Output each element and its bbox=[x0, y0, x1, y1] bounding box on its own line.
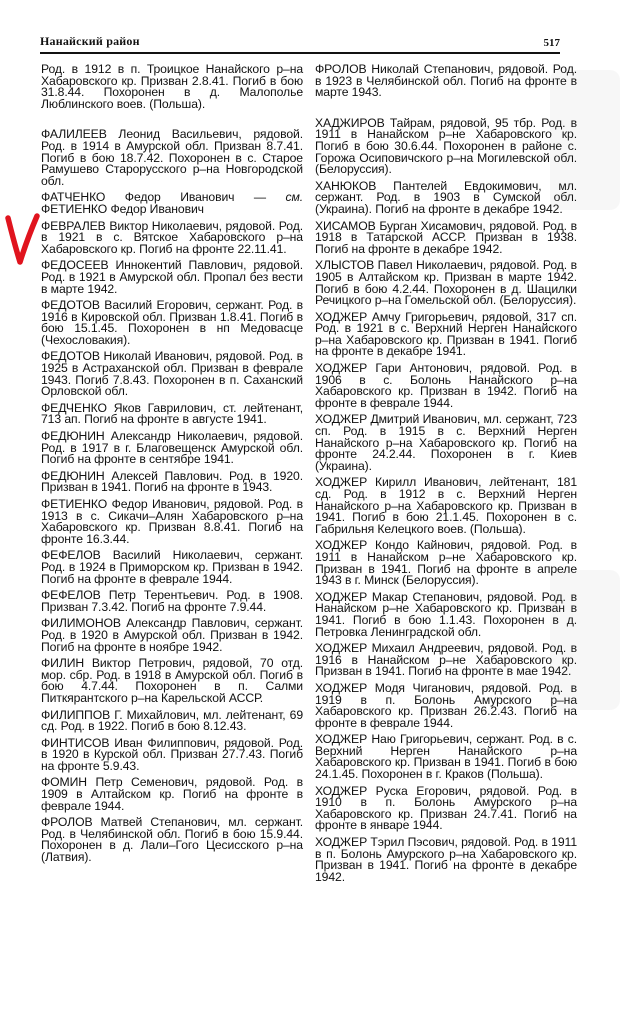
entry: ХОДЖЕР Наю Григорьевич, сержант. Род. в … bbox=[315, 734, 577, 780]
entry: ХОДЖЕР Модя Чиганович, рядовой. Род. в 1… bbox=[315, 683, 577, 729]
entry: ФАТЧЕНКО Федор Иванович — см. ФЕТИЕНКО Ф… bbox=[41, 192, 303, 215]
entry: ФЕФЕЛОВ Василий Николаевич, сержант. Род… bbox=[41, 550, 303, 585]
entry: ХОДЖЕР Михаил Андреевич, рядовой. Род. в… bbox=[315, 643, 577, 678]
entry: ХОДЖЕР Дмитрий Иванович, мл. сержант, 72… bbox=[315, 414, 577, 472]
section-title: Нанайский район bbox=[40, 34, 140, 49]
entry-text: Род. в 1912 в п. Троицкое Нанайского р–н… bbox=[41, 62, 303, 111]
page-number: 517 bbox=[544, 37, 561, 49]
entry: ФЕВРАЛЕВ Виктор Николаевич, рядовой. Род… bbox=[41, 221, 303, 256]
entry: ФОМИН Петр Семенович, рядовой. Род. в 19… bbox=[41, 777, 303, 812]
entry: ХЛЫСТОВ Павел Николаевич, рядовой. Род. … bbox=[315, 260, 577, 306]
running-head: Нанайский район 517 bbox=[40, 30, 560, 54]
entry: ФАЛИЛЕЕВ Леонид Васильевич, рядовой. Род… bbox=[41, 129, 303, 187]
entry: ХОДЖЕР Гари Антонович, рядовой. Род. в 1… bbox=[315, 363, 577, 409]
entry: ФИЛИМОНОВ Александр Павлович, сержант. Р… bbox=[41, 618, 303, 653]
entry: ФЕДЮНИН Александр Николаевич, рядовой. Р… bbox=[41, 431, 303, 466]
cross-reference-target: ФЕТИЕНКО Федор Иванович bbox=[41, 202, 204, 216]
entry: ХОДЖЕР Кирилл Иванович, лейтенант, 181 с… bbox=[315, 477, 577, 535]
entry: ФЕДОТОВ Василий Егорович, сержант. Род. … bbox=[41, 300, 303, 346]
entry: Род. в 1912 в п. Троицкое Нанайского р–н… bbox=[41, 64, 303, 110]
entry: ФЕДЧЕНКО Яков Гаврилович, ст. лейтенант,… bbox=[41, 403, 303, 426]
entry: ФЕФЕЛОВ Петр Терентьевич. Род. в 1908. П… bbox=[41, 590, 303, 613]
entry: ФИЛИН Виктор Петрович, рядовой, 70 отд. … bbox=[41, 658, 303, 704]
entry: ФЕДОСЕЕВ Иннокентий Павлович, рядовой. Р… bbox=[41, 260, 303, 295]
book-page: Нанайский район 517 Род. в 1912 в п. Тро… bbox=[0, 0, 630, 1024]
entry: ХОДЖЕР Тэрил Пэсович, рядовой. Род. в 19… bbox=[315, 837, 577, 883]
entry: ХОДЖЕР Руска Егорович, рядовой. Род. в 1… bbox=[315, 786, 577, 832]
entry: ХАДЖИРОВ Тайрам, рядовой, 95 тбр. Род. в… bbox=[315, 118, 577, 176]
entry: ФРОЛОВ Матвей Степанович, мл. сержант. Р… bbox=[41, 817, 303, 863]
red-check-mark-icon bbox=[4, 212, 40, 268]
entry: ФРОЛОВ Николай Степанович, рядовой. Род.… bbox=[315, 64, 577, 99]
cross-reference-label: см. bbox=[285, 190, 303, 204]
entry: ХАНЮКОВ Пантелей Евдокимович, мл. сержан… bbox=[315, 181, 577, 216]
entry: ФИНТИСОВ Иван Филиппович, рядовой. Род. … bbox=[41, 738, 303, 773]
entry: ФЕДЮНИН Алексей Павлович. Род. в 1920. П… bbox=[41, 471, 303, 494]
entry: ХОДЖЕР Макар Степанович, рядовой. Род. в… bbox=[315, 592, 577, 638]
entry: ХИСАМОВ Бурган Хисамович, рядовой. Род. … bbox=[315, 221, 577, 256]
entry: ФИЛИППОВ Г. Михайлович, мл. лейтенант, 6… bbox=[41, 710, 303, 733]
entry: ФЕТИЕНКО Федор Иванович, рядовой. Род. в… bbox=[41, 499, 303, 545]
right-column: ФРОЛОВ Николай Степанович, рядовой. Род.… bbox=[315, 64, 577, 888]
left-column: Род. в 1912 в п. Троицкое Нанайского р–н… bbox=[41, 64, 303, 869]
entry: ФЕДОТОВ Николай Иванович, рядовой. Род. … bbox=[41, 351, 303, 397]
entry: ХОДЖЕР Кондо Кайнович, рядовой. Род. в 1… bbox=[315, 540, 577, 586]
entry: ХОДЖЕР Амчу Григорьевич, рядовой, 317 сп… bbox=[315, 312, 577, 358]
